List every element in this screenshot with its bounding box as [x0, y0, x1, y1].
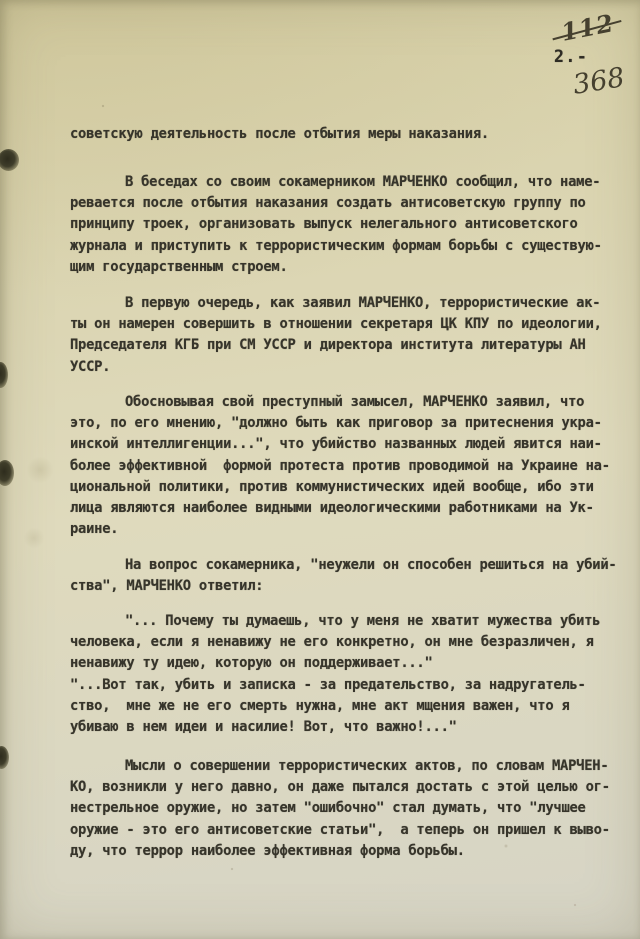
text-line: убиваю в нем идеи и насилие! Вот, что ва… — [70, 717, 628, 738]
text-line: ты он намерен совершить в отношении секр… — [70, 314, 628, 335]
text-line: это, по его мнению, "должно быть как при… — [70, 413, 628, 434]
paragraph: На вопрос сокамерника, "неужели он спосо… — [70, 555, 628, 597]
document-page: 112 2.- 368 советскую деятельность после… — [0, 0, 640, 939]
text-line: ревается после отбытия наказания создать… — [70, 193, 628, 214]
text-line: советскую деятельность после отбытия мер… — [70, 124, 628, 145]
text-line: журнала и приступить к террористическим … — [70, 236, 628, 257]
text-line: оружие - это его антисоветские статьи", … — [70, 820, 628, 841]
text-line: "... Почему ты думаешь, что у меня не хв… — [70, 611, 628, 632]
text-line: Обосновывая свой преступный замысел, МАР… — [70, 392, 628, 413]
text-line: В первую очередь, как заявил МАРЧЕНКО, т… — [70, 293, 628, 314]
document-text: советскую деятельность после отбытия мер… — [0, 0, 640, 939]
paragraph: В первую очередь, как заявил МАРЧЕНКО, т… — [70, 293, 628, 378]
text-line: циональной политики, против коммунистиче… — [70, 477, 628, 498]
text-line: более эффективной формой протеста против… — [70, 456, 628, 477]
text-line: Мысли о совершении террористических акто… — [70, 756, 628, 777]
text-line: ду, что террор наиболее эффективная форм… — [70, 841, 628, 862]
text-line: ства", МАРЧЕНКО ответил: — [70, 576, 628, 597]
text-line: ство, мне же не его смерть нужна, мне ак… — [70, 696, 628, 717]
text-line: ненавижу ту идею, которую он поддерживае… — [70, 653, 628, 674]
text-line: щим государственным строем. — [70, 257, 628, 278]
text-line: человека, если я ненавижу не его конкрет… — [70, 632, 628, 653]
text-line: раине. — [70, 519, 628, 540]
paragraph: Мысли о совершении террористических акто… — [70, 756, 628, 862]
paragraph: Обосновывая свой преступный замысел, МАР… — [70, 392, 628, 540]
text-line: нестрельное оружие, но затем "ошибочно" … — [70, 798, 628, 819]
paragraph: В беседах со своим сокамерником МАРЧЕНКО… — [70, 172, 628, 278]
paragraph: советскую деятельность после отбытия мер… — [70, 124, 628, 145]
text-line: принципу троек, организовать выпуск неле… — [70, 214, 628, 235]
text-line: лица являются наиболее видными идеологич… — [70, 498, 628, 519]
text-line: Председателя КГБ при СМ УССР и директора… — [70, 335, 628, 356]
text-line: КО, возникли у него давно, он даже пытал… — [70, 777, 628, 798]
text-line: инской интеллигенции...", что убийство н… — [70, 434, 628, 455]
text-line: "...Вот так, убить и записка - за предат… — [70, 675, 628, 696]
text-line: УССР. — [70, 357, 628, 378]
paragraph: "... Почему ты думаешь, что у меня не хв… — [70, 611, 628, 738]
text-line: На вопрос сокамерника, "неужели он спосо… — [70, 555, 628, 576]
text-line: В беседах со своим сокамерником МАРЧЕНКО… — [70, 172, 628, 193]
